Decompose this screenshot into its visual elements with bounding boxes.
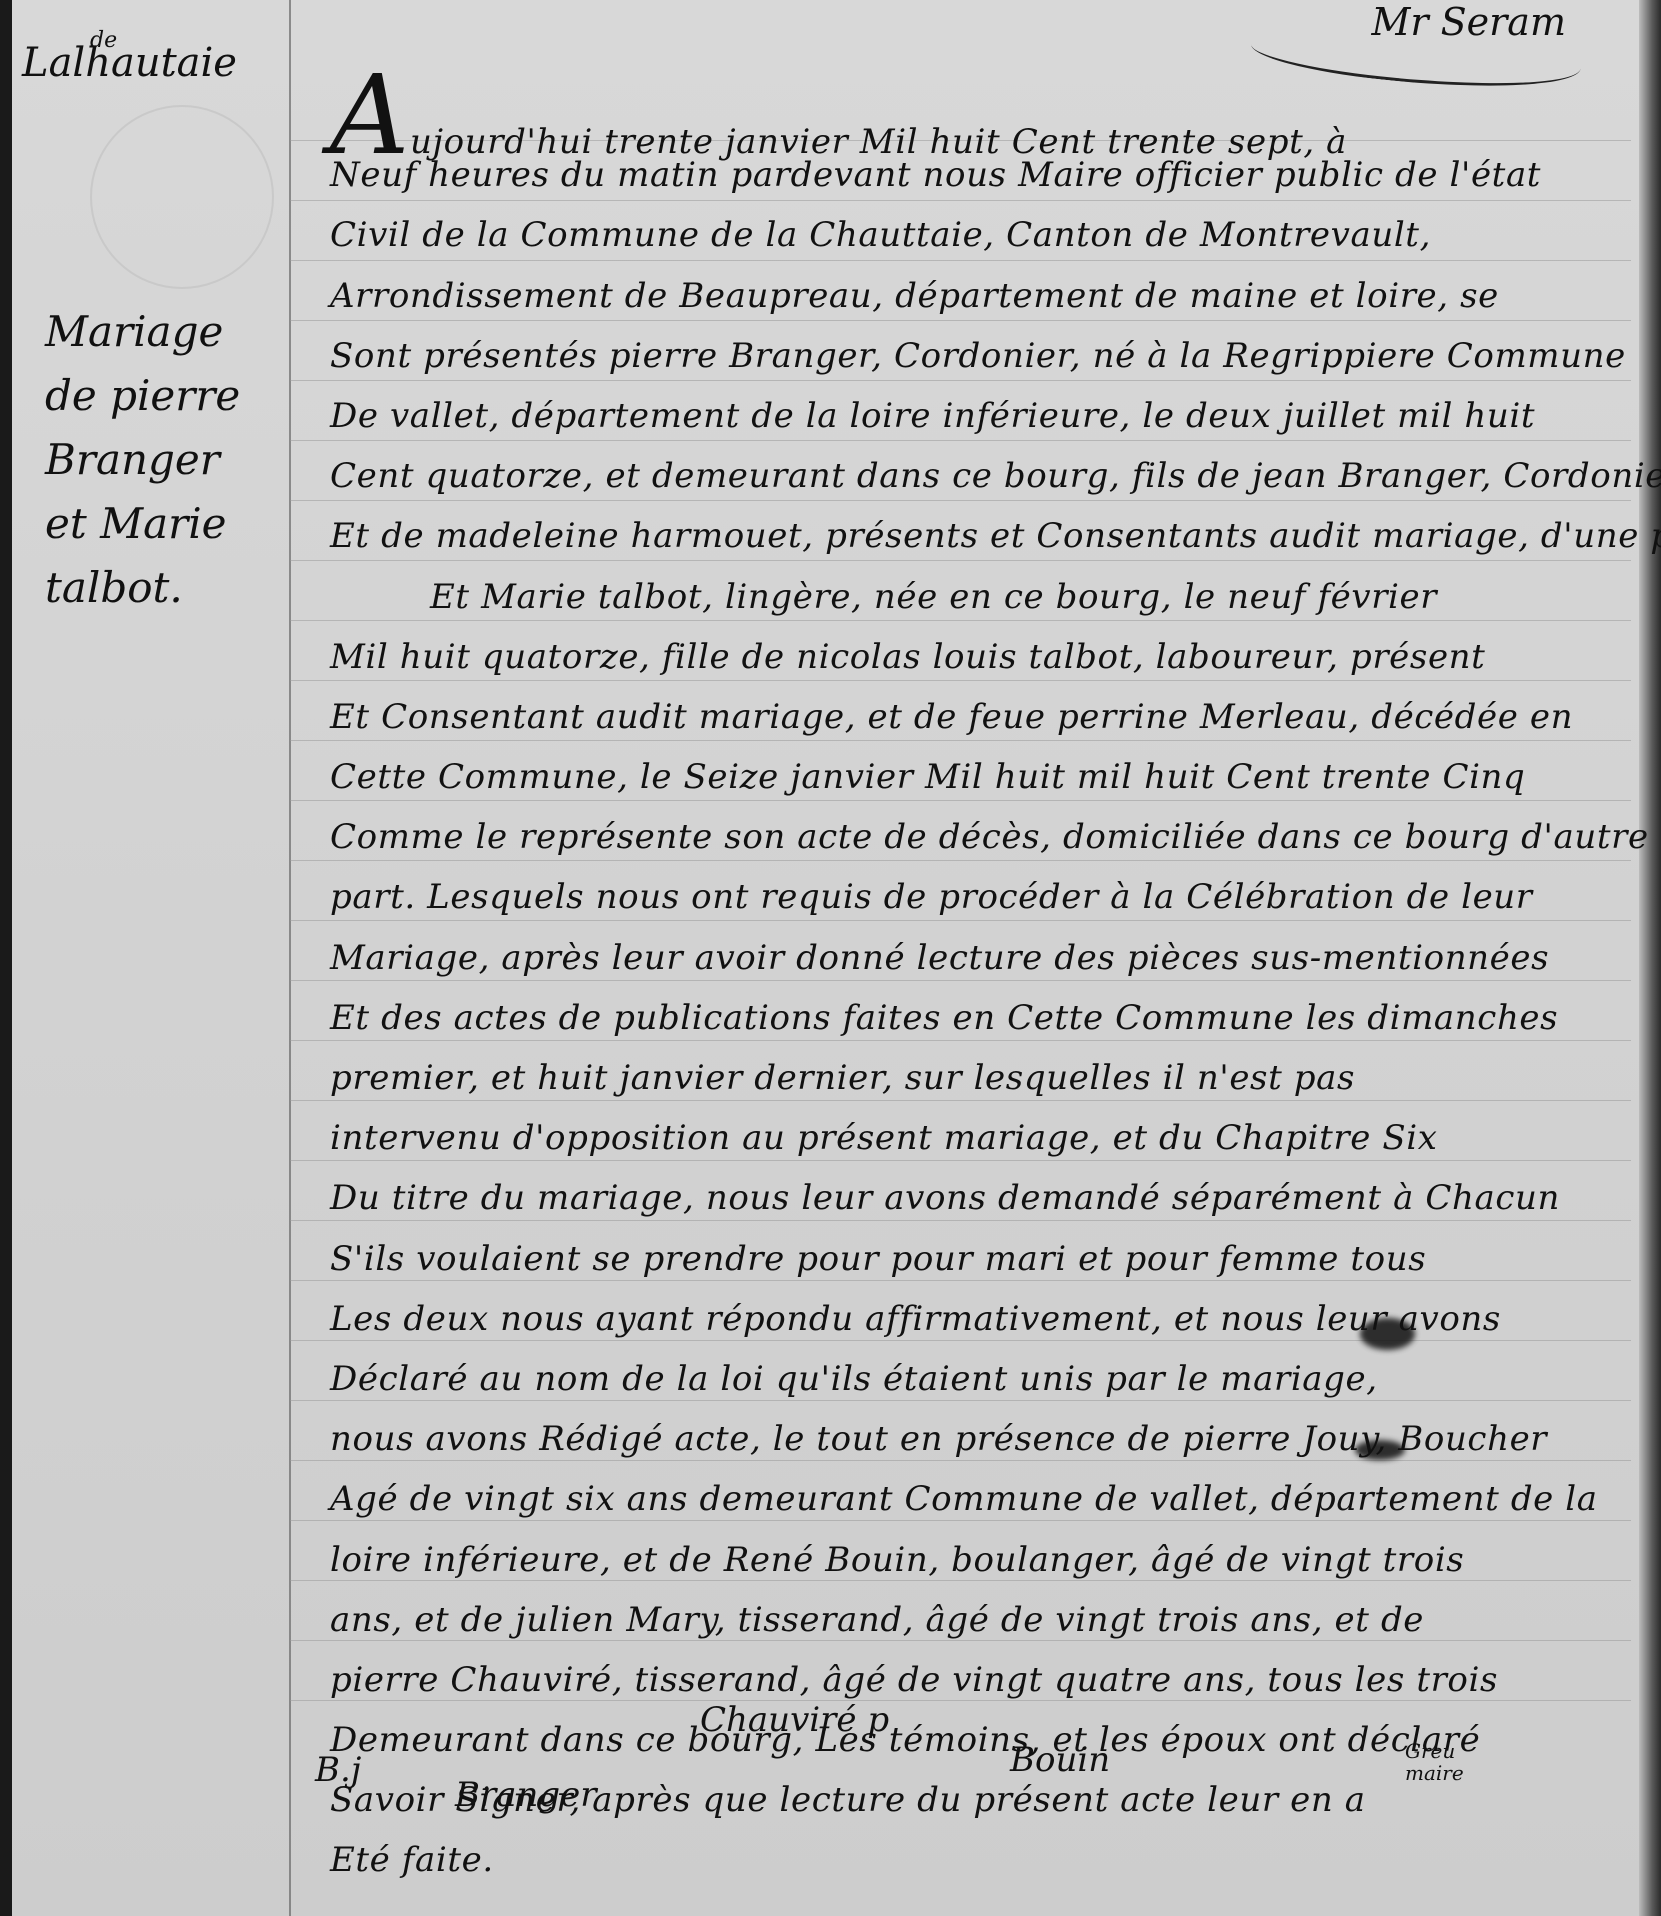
body-line: Sont présentés pierre Branger, Cordonier… [330, 326, 1630, 386]
body-line: premier, et huit janvier dernier, sur le… [330, 1048, 1630, 1108]
faded-stamp-seal [90, 105, 274, 289]
body-line: Et des actes de publications faites en C… [330, 988, 1630, 1048]
record-body: Aujourd'hui trente janvier Mil huit Cent… [330, 85, 1630, 1891]
signature-initials: B.j [315, 1750, 361, 1790]
body-line: Civil de la Commune de la Chauttaie, Can… [330, 205, 1630, 265]
body-line: Les deux nous ayant répondu affirmativem… [330, 1289, 1630, 1349]
margin-title-line: de pierre [45, 364, 240, 428]
margin-commune-name: Lalhautaie [22, 40, 237, 86]
body-line: Eté faite. [330, 1830, 1630, 1890]
ink-blot [1355, 1440, 1405, 1460]
body-line: Neuf heures du matin pardevant nous Mair… [330, 145, 1630, 205]
body-line: nous avons Rédigé acte, le tout en prése… [330, 1409, 1630, 1469]
body-line: S'ils voulaient se prendre pour pour mar… [330, 1229, 1630, 1289]
body-line: Aujourd'hui trente janvier Mil huit Cent… [330, 85, 1630, 145]
page-edge-right [1639, 0, 1661, 1916]
body-line: intervenu d'opposition au présent mariag… [330, 1108, 1630, 1168]
margin-commune-heading: de Lalhautaie [22, 40, 237, 86]
signature-branger: Branger [455, 1775, 597, 1815]
binding-edge-left [0, 0, 12, 1916]
body-line: Arrondissement de Beaupreau, département… [330, 266, 1630, 326]
body-line: Mil huit quatorze, fille de nicolas loui… [330, 627, 1630, 687]
body-line: De vallet, département de la loire infér… [330, 386, 1630, 446]
ink-blot [1360, 1318, 1415, 1350]
body-line: Et Marie talbot, lingère, née en ce bour… [330, 567, 1630, 627]
margin-title-line: talbot. [45, 556, 240, 620]
body-line: Et de madeleine harmouet, présents et Co… [330, 506, 1630, 566]
signature-mayor: Greu maire [1405, 1740, 1475, 1784]
body-line: Agé de vingt six ans demeurant Commune d… [330, 1469, 1630, 1529]
body-line: Mariage, après leur avoir donné lecture … [330, 928, 1630, 988]
signature-bouin: Bouin [1010, 1740, 1110, 1780]
register-page: de Lalhautaie Mariage de pierre Branger … [0, 0, 1661, 1916]
margin-title-line: Branger [45, 428, 240, 492]
body-line: pierre Chauviré, tisserand, âgé de vingt… [330, 1650, 1630, 1710]
body-line: Déclaré au nom de la loi qu'ils étaient … [330, 1349, 1630, 1409]
body-line: Cent quatorze, et demeurant dans ce bour… [330, 446, 1630, 506]
signature-chauvire: Chauviré p [700, 1700, 889, 1740]
margin-entry-title: Mariage de pierre Branger et Marie talbo… [45, 300, 240, 620]
body-line: Et Consentant audit mariage, et de feue … [330, 687, 1630, 747]
body-line: loire inférieure, et de René Bouin, boul… [330, 1530, 1630, 1590]
margin-title-line: Mariage [45, 300, 240, 364]
body-line: part. Lesquels nous ont requis de procéd… [330, 867, 1630, 927]
body-line: ans, et de julien Mary, tisserand, âgé d… [330, 1590, 1630, 1650]
margin-commune-prefix: de [90, 28, 117, 53]
body-line: Du titre du mariage, nous leur avons dem… [330, 1168, 1630, 1228]
margin-title-line: et Marie [45, 492, 240, 556]
body-line: Comme le représente son acte de décès, d… [330, 807, 1630, 867]
body-line: Cette Commune, le Seize janvier Mil huit… [330, 747, 1630, 807]
margin-rule [289, 0, 291, 1916]
